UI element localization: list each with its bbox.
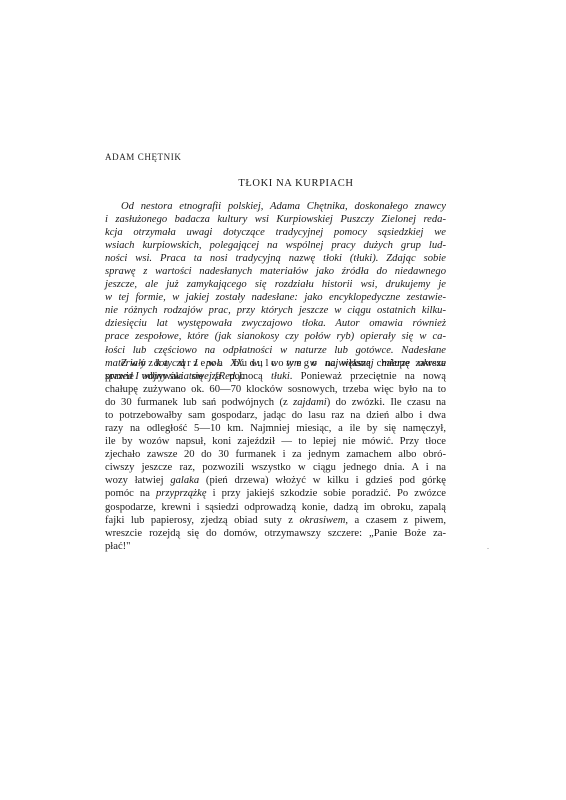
italic-term: przyprzążkę <box>156 488 207 499</box>
intro-line: i zasłużonego badacza kultury wsi Kurpio… <box>105 213 446 226</box>
editorial-introduction: Od nestora etnografii polskiej, Adama Ch… <box>105 200 446 383</box>
body-line: chałupę zużywano ok. 60—70 klocków sosno… <box>105 383 446 396</box>
italic-term: zajdami <box>293 397 327 408</box>
intro-line: Od nestora etnografii polskiej, Adama Ch… <box>105 200 446 213</box>
intro-line: nie różnych rodzajów prac, przy których … <box>105 304 446 317</box>
intro-line: wsiach kurpiowskich, polegającej na wspó… <box>105 239 446 252</box>
body-line: prawie odbywała się za pomocą tłuki. Pon… <box>105 370 446 383</box>
intro-line: prace zespołowe, które (jak sianokosy cz… <box>105 330 446 343</box>
body-line: ciwszy jeszcze raz, pozwozili wszystko w… <box>105 461 446 474</box>
italic-term: okrasiwem <box>299 515 345 526</box>
section-lead-spaced: Zwózka drzewa budulcowego <box>121 358 320 369</box>
body-text: fajki lub papierosy, zjedzą obiad suty z <box>105 515 299 526</box>
body-text: wozy łatwiej <box>105 475 170 486</box>
body-line: wreszcie rozejdą się do domów, otrzymaws… <box>105 527 446 540</box>
intro-line: łości lub częściowo na odpłatności w nat… <box>105 344 446 357</box>
body-line: płać!" <box>105 540 446 553</box>
body-paragraph: Zwózka drzewa budulcowego na własną chał… <box>105 357 446 553</box>
intro-line: kcja otrzymała uwagi dotyczące tradycyjn… <box>105 226 446 239</box>
intro-line: dziesięciu lat występowała zwyczajowo tł… <box>105 317 446 330</box>
body-text: (pień drzewa) włożyć w kilku i gdzieś po… <box>199 475 446 486</box>
body-line: do 30 furmanek lub sań podwójnych (z zaj… <box>105 396 446 409</box>
body-line: pomóc na przyprzążkę i przy jakiejś szko… <box>105 487 446 500</box>
body-text: ) do zwózki. Ile czasu na <box>327 397 446 408</box>
body-text: , a czasem z piwem, <box>345 515 446 526</box>
author-name: ADAM CHĘTNIK <box>105 152 181 162</box>
scan-speck <box>487 548 489 549</box>
italic-term: tłuki <box>271 371 290 382</box>
body-text: na własną chałupę zawsze <box>320 358 446 369</box>
body-line: fajki lub papierosy, zjedzą obiad suty z… <box>105 514 446 527</box>
body-text: i przy jakiejś szkodzie sobie poradzić. … <box>207 488 446 499</box>
intro-line: jeszcze, ale już zamykającego się rozdzi… <box>105 278 446 291</box>
article-title: TŁOKI NA KURPIACH <box>0 178 566 189</box>
body-line: to potrzebowałby sam gospodarz, jadąc do… <box>105 409 446 422</box>
body-text: prawie odbywała się za pomocą <box>105 371 271 382</box>
body-line: zjechało zawsze 20 do 30 furmanek i za j… <box>105 448 446 461</box>
body-line: wozy łatwiej galaka (pień drzewa) włożyć… <box>105 474 446 487</box>
body-line: razy na odległość 5—10 km. Najmniej mies… <box>105 422 446 435</box>
intro-line: ności wsi. Praca ta nosi tradycyjną nazw… <box>105 252 446 265</box>
document-page: ADAM CHĘTNIK TŁOKI NA KURPIACH Od nestor… <box>0 0 566 800</box>
intro-line: w tej formie, w jakiej zostały nadesłane… <box>105 291 446 304</box>
body-text: . Ponieważ przeciętnie na nową <box>290 371 446 382</box>
body-text: do 30 furmanek lub sań podwójnych (z <box>105 397 293 408</box>
intro-line: sprawę z wartości nadesłanych materiałów… <box>105 265 446 278</box>
italic-term: galaka <box>170 475 199 486</box>
body-text: pomóc na <box>105 488 156 499</box>
body-line: gospodarze, krewni i sąsiedzi odprowadzą… <box>105 501 446 514</box>
body-line: ile by wozów napsuł, koni zajeździł — to… <box>105 435 446 448</box>
body-line: Zwózka drzewa budulcowego na własną chał… <box>105 357 446 370</box>
